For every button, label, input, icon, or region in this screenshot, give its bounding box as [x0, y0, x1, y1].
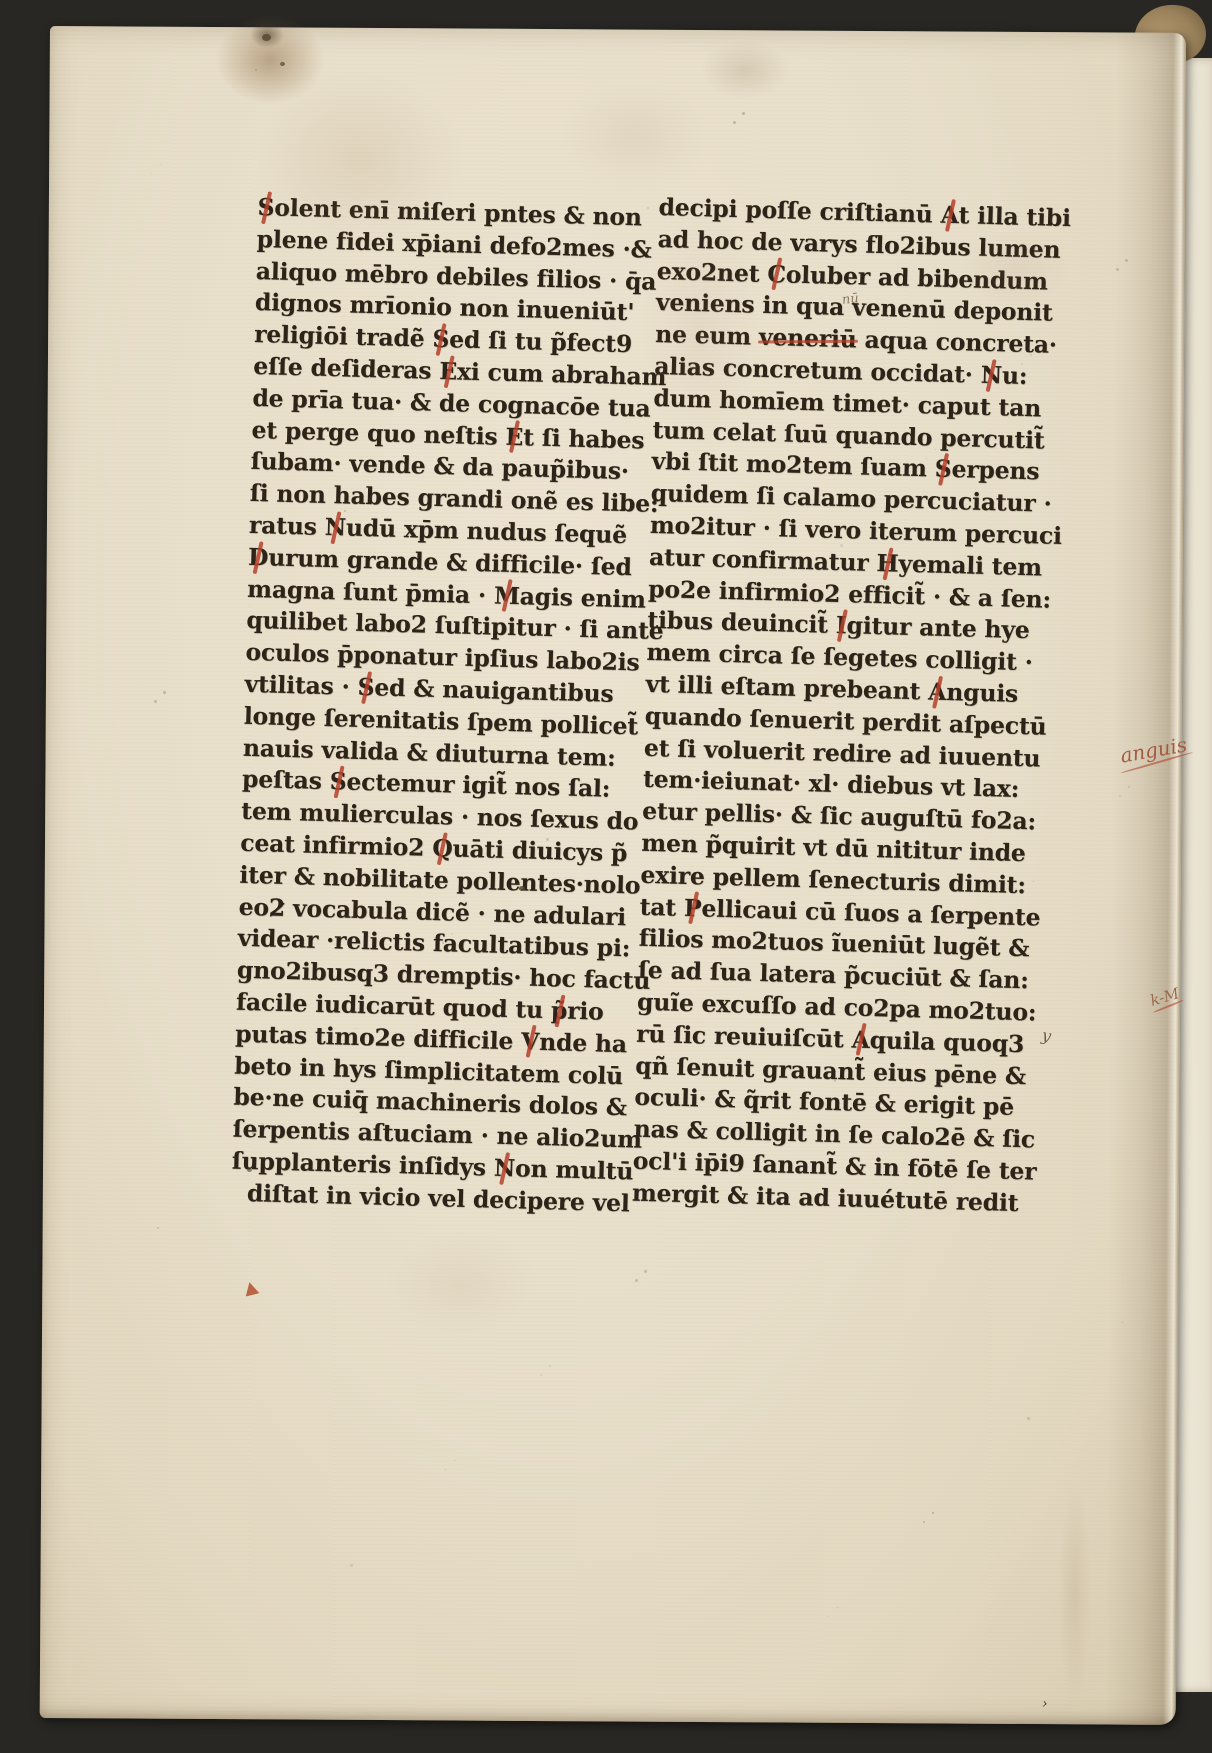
- handwritten-annotation: nū: [841, 291, 859, 308]
- rubricated-initial: S: [432, 324, 450, 356]
- rubricated-initial: D: [248, 542, 269, 574]
- rubricated-initial: E: [505, 421, 524, 453]
- text-column-left: Solent enī miſeri pntes & nonplene fidei…: [230, 192, 621, 1219]
- rubricated-initial: A: [851, 1024, 870, 1056]
- rubricated-initial: p̃: [551, 995, 568, 1027]
- rubricated-initial: C: [767, 259, 786, 291]
- rubricated-initial: V: [521, 1026, 540, 1058]
- rubricated-initial: N: [324, 512, 346, 544]
- rubricated-initial: A: [928, 676, 947, 708]
- rubricated-initial: E: [439, 356, 458, 388]
- scanned-book-photo: Solent enī miſeri pntes & nonplene fidei…: [0, 0, 1212, 1753]
- rubricated-initial: S: [329, 767, 347, 799]
- rubricated-initial: A: [940, 200, 959, 232]
- rubricated-initial: S: [357, 672, 375, 704]
- rubricated-initial: H: [876, 548, 899, 580]
- rubricated-initial: M: [493, 580, 520, 612]
- red-struck-word: veneriū: [759, 323, 857, 354]
- rubricated-initial: Q: [432, 833, 453, 865]
- rubricated-initial: N: [493, 1153, 515, 1185]
- text-column-right: decipi poſſe criſtianū At illa tibiad ho…: [631, 192, 1030, 1219]
- rubricated-initial: P: [684, 892, 702, 924]
- rubricated-initial: S: [934, 454, 952, 486]
- rubricated-initial: I: [835, 610, 847, 642]
- handwritten-annotation: ›: [1042, 1696, 1048, 1712]
- rubricated-initial: N: [980, 360, 1002, 392]
- rubricated-initial: S: [257, 192, 275, 224]
